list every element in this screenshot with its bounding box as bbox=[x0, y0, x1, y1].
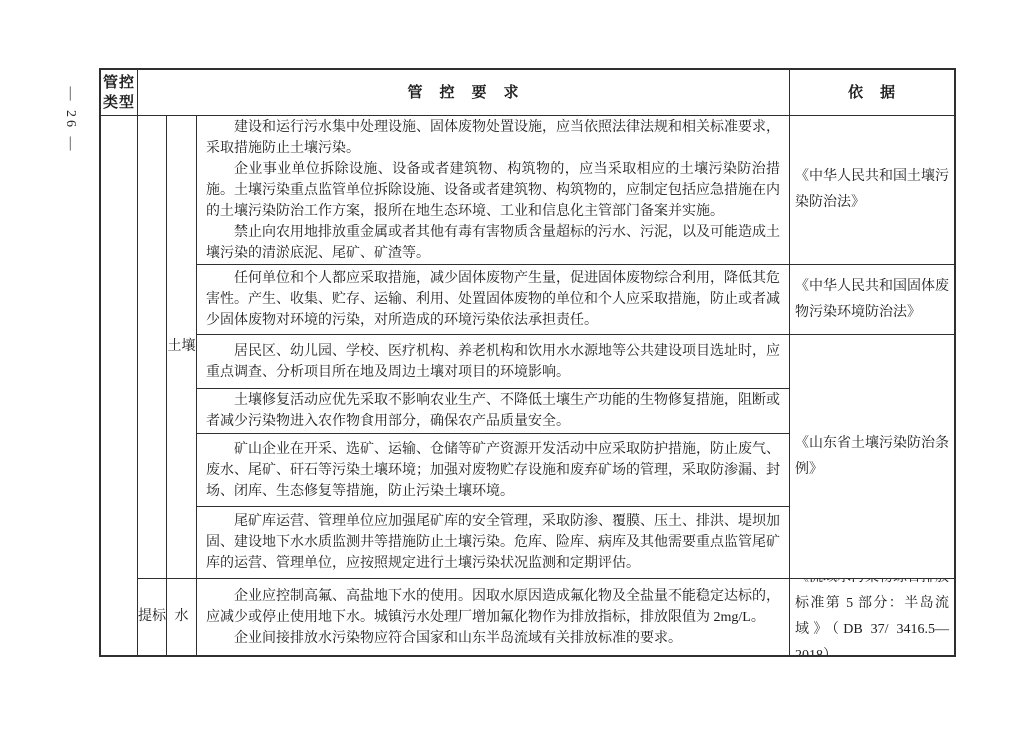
basis-text: 《中华人民共和国土壤污染防治法》 bbox=[795, 164, 949, 216]
requirement-row-soil-facilities: 建设和运行污水集中处理设施、固体废物处置设施，应当依照法律法规和相关标准要求，采… bbox=[197, 116, 790, 265]
requirement-paragraph: 土壤修复活动应优先采取不影响农业生产、不降低土壤生产功能的生物修复措施，阻断或者… bbox=[206, 390, 780, 432]
subtype-empty-cell bbox=[138, 116, 167, 579]
header-control-type-label: 管控类型 bbox=[101, 73, 137, 113]
requirement-paragraph: 矿山企业在开采、选矿、运输、仓储等矿产资源开发活动中应采取防护措施，防止废气、废… bbox=[206, 439, 780, 502]
requirement-row-site-selection: 居民区、幼儿园、学校、医疗机构、养老机构和饮用水水源地等公共建设项目选址时，应重… bbox=[197, 335, 790, 389]
category-upgrade-cell: 提标 bbox=[138, 579, 167, 655]
basis-watershed-standard: 《流域水污染物综合排放标准第 5 部分：半岛流域》（DB 37/ 3416.5—… bbox=[790, 579, 954, 655]
category-soil-cell: 土壤 bbox=[167, 116, 197, 579]
requirement-row-groundwater: 企业应控制高氟、高盐地下水的使用。因取水原因造成氟化物及全盐量不能稳定达标的，应… bbox=[197, 579, 790, 655]
header-basis: 依 据 bbox=[790, 70, 954, 116]
category-water-label: 水 bbox=[167, 607, 196, 627]
page-number: — 26 — bbox=[62, 87, 78, 154]
requirement-paragraph: 建设和运行污水集中处理设施、固体废物处置设施，应当依照法律法规和相关标准要求，采… bbox=[206, 117, 780, 159]
category-soil-label: 土壤 bbox=[167, 337, 196, 357]
requirement-paragraph: 企业应控制高氟、高盐地下水的使用。因取水原因造成氟化物及全盐量不能稳定达标的，应… bbox=[206, 586, 780, 628]
basis-solid-waste-law: 《中华人民共和国固体废物污染环境防治法》 bbox=[790, 265, 954, 335]
requirement-paragraph: 居民区、幼儿园、学校、医疗机构、养老机构和饮用水水源地等公共建设项目选址时，应重… bbox=[206, 341, 780, 383]
control-type-empty-cell bbox=[101, 116, 138, 655]
requirement-paragraph: 企业间接排放水污染物应符合国家和山东半岛流域有关排放标准的要求。 bbox=[206, 628, 780, 649]
header-control-type: 管控类型 bbox=[101, 70, 138, 116]
requirement-row-mining: 矿山企业在开采、选矿、运输、仓储等矿产资源开发活动中应采取防护措施，防止废气、废… bbox=[197, 434, 790, 507]
basis-text: 《流域水污染物综合排放标准第 5 部分：半岛流域》（DB 37/ 3416.5—… bbox=[795, 579, 949, 655]
requirement-row-tailings: 尾矿库运营、管理单位应加强尾矿库的安全管理，采取防渗、覆膜、压土、排洪、堤坝加固… bbox=[197, 507, 790, 579]
requirement-row-soil-remediation: 土壤修复活动应优先采取不影响农业生产、不降低土壤生产功能的生物修复措施，阻断或者… bbox=[197, 389, 790, 434]
requirement-paragraph: 任何单位和个人都应采取措施，减少固体废物产生量，促进固体废物综合利用，降低其危害… bbox=[206, 268, 780, 331]
header-requirements-label: 管 控 要 求 bbox=[407, 83, 519, 103]
requirement-row-solid-waste: 任何单位和个人都应采取措施，减少固体废物产生量，促进固体废物综合利用，降低其危害… bbox=[197, 265, 790, 335]
requirement-paragraph: 禁止向农用地排放重金属或者其他有毒有害物质含量超标的污水、污泥，以及可能造成土壤… bbox=[206, 222, 780, 264]
basis-text: 《中华人民共和国固体废物污染环境防治法》 bbox=[795, 274, 949, 326]
basis-shandong-regulation: 《山东省土壤污染防治条例》 bbox=[790, 335, 954, 579]
header-requirements: 管 控 要 求 bbox=[138, 70, 790, 116]
header-basis-label: 依 据 bbox=[848, 83, 896, 103]
requirement-paragraph: 企业事业单位拆除设施、设备或者建筑物、构筑物的，应当采取相应的土壤污染防治措施。… bbox=[206, 159, 780, 222]
basis-text: 《山东省土壤污染防治条例》 bbox=[795, 431, 949, 483]
basis-soil-pollution-law: 《中华人民共和国土壤污染防治法》 bbox=[790, 116, 954, 265]
category-upgrade-label: 提标 bbox=[138, 607, 166, 627]
category-water-cell: 水 bbox=[167, 579, 197, 655]
document-page: — 26 — 管控类型 管 控 要 求 依 据 提标 土壤 水 建设和运行污水集… bbox=[0, 0, 1026, 732]
control-requirements-table: 管控类型 管 控 要 求 依 据 提标 土壤 水 建设和运行污水集中处理设施、固… bbox=[99, 68, 956, 657]
requirement-paragraph: 尾矿库运营、管理单位应加强尾矿库的安全管理，采取防渗、覆膜、压土、排洪、堤坝加固… bbox=[206, 511, 780, 574]
